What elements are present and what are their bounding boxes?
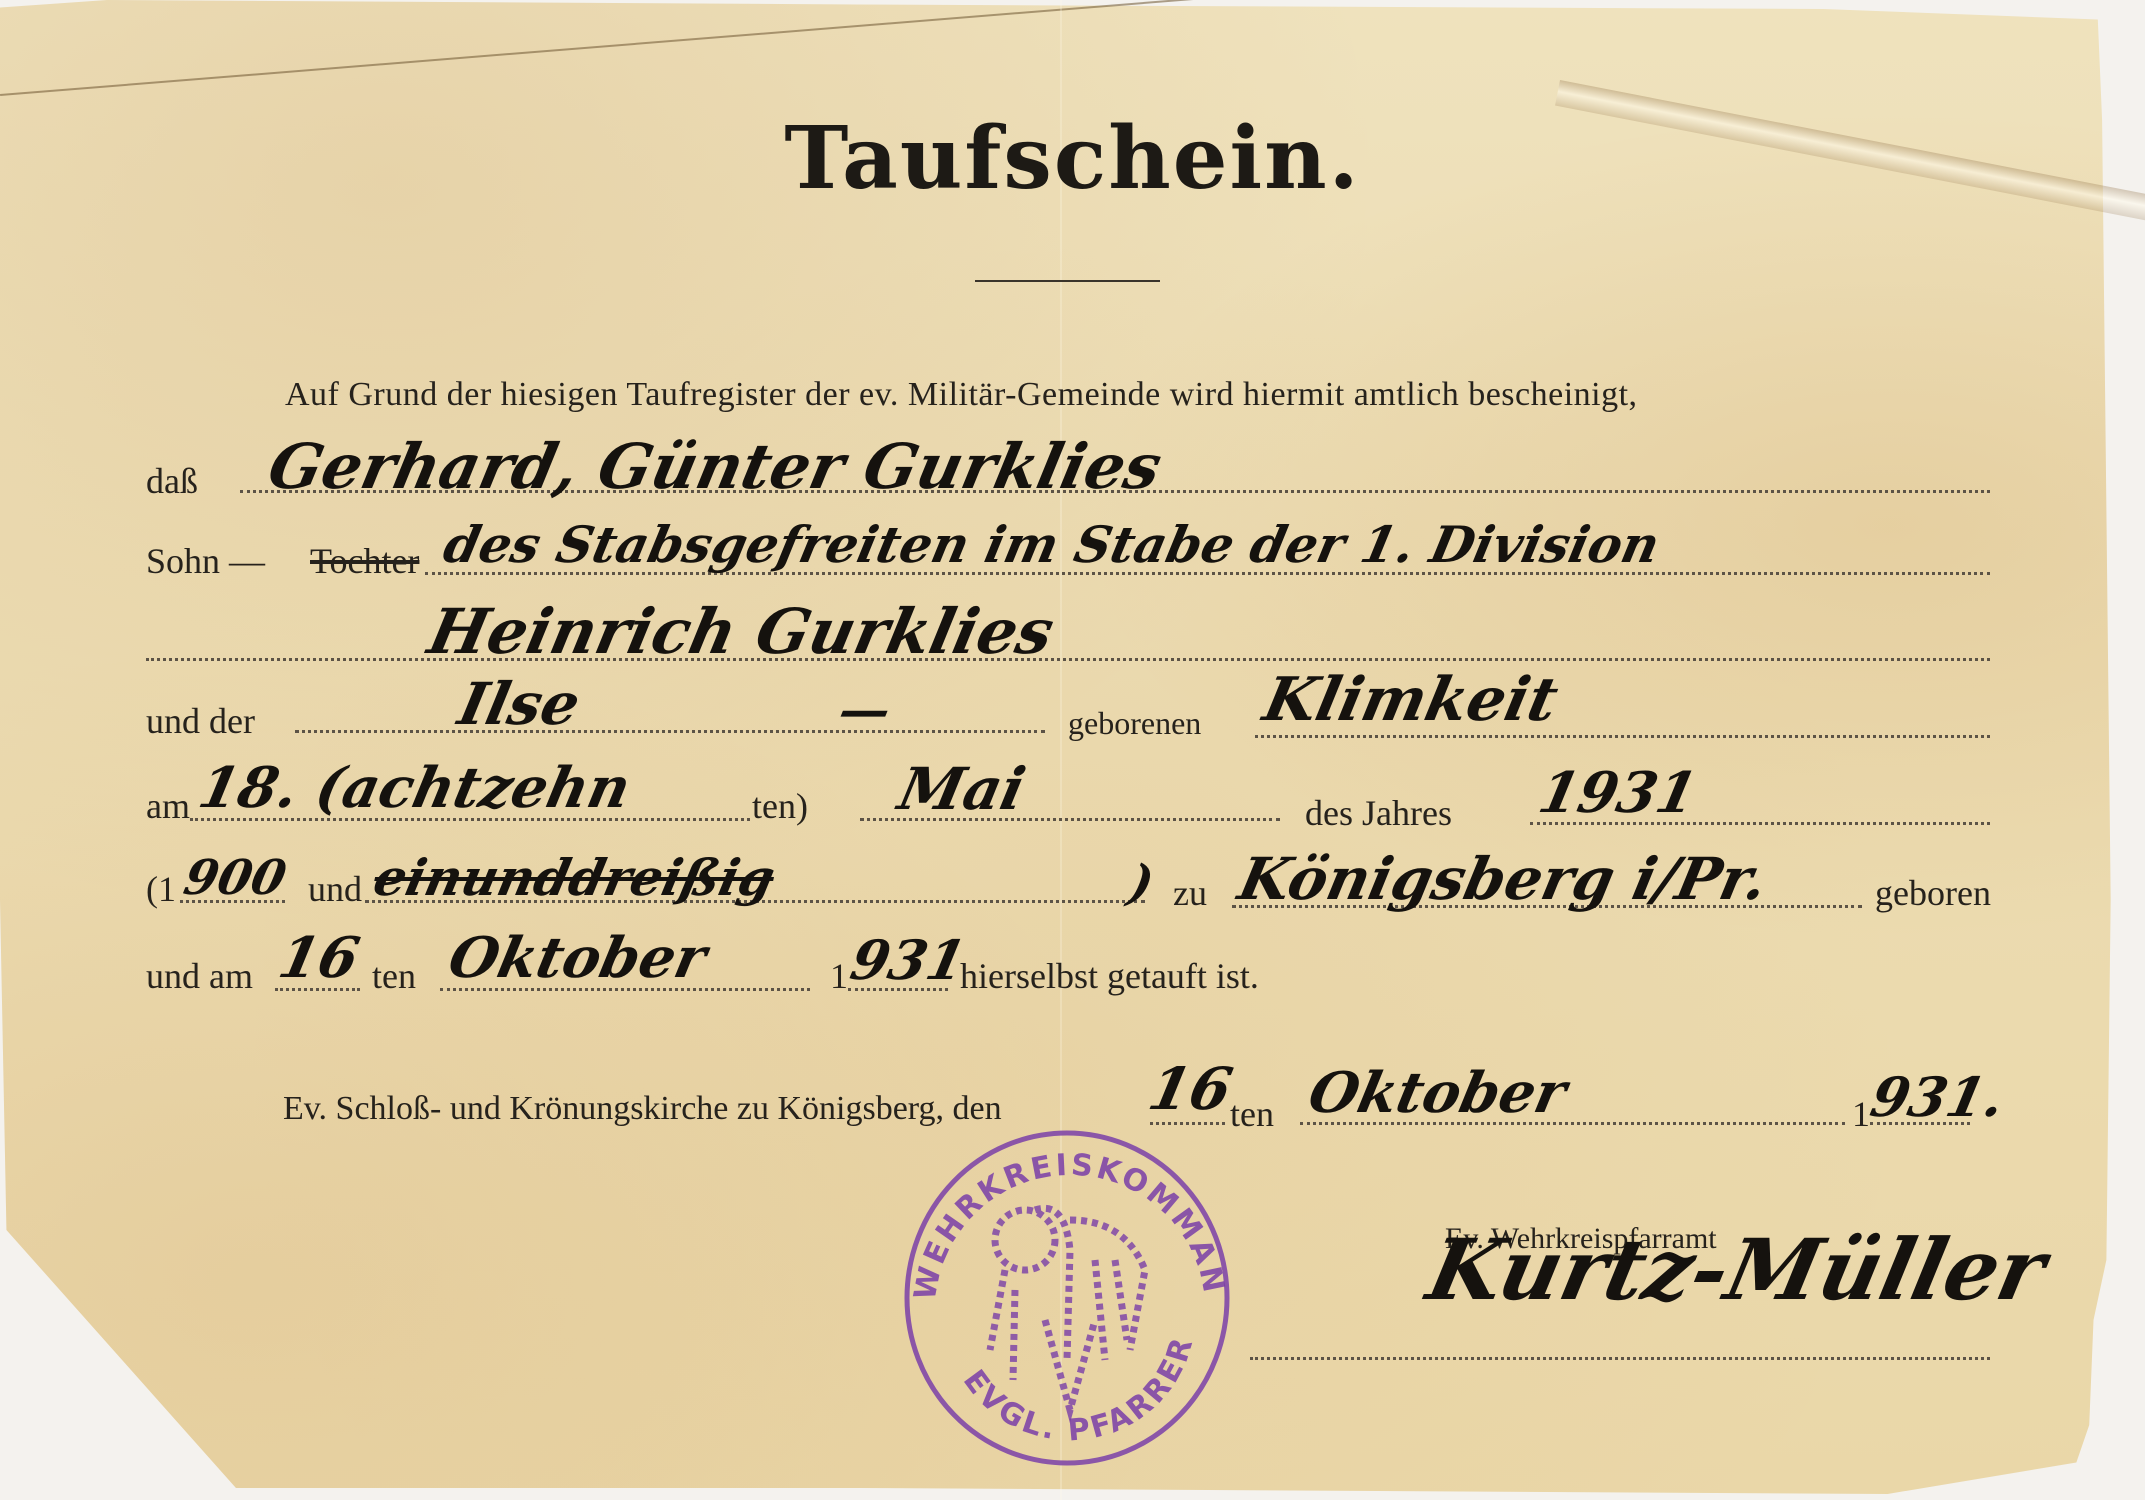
father-occupation: des Stabsgefreiten im Stabe der 1. Divis…	[439, 515, 1665, 574]
am-label: am	[146, 785, 190, 827]
birth-month: Mai	[893, 755, 1031, 823]
father-name: Heinrich Gurklies	[422, 595, 1060, 668]
des-jahres-label: des Jahres	[1305, 792, 1452, 834]
century: 900	[179, 850, 291, 906]
dotted-line	[1255, 735, 1990, 738]
birth-year: 1931	[1533, 760, 1703, 826]
dass-label: daß	[146, 460, 198, 502]
document-title: Taufschein.	[0, 108, 2145, 209]
sohn-label: Sohn —	[146, 540, 265, 582]
stamp-text-top: WEHRKREISKOMMANDO I	[895, 1120, 1231, 1303]
church-place-text: Ev. Schloß- und Krönungskirche zu Königs…	[283, 1090, 1002, 1128]
paren-open: (1	[146, 868, 176, 910]
und-der-label: und der	[146, 700, 255, 742]
intro-text: Auf Grund der hiesigen Taufregister der …	[285, 376, 1638, 414]
dotted-line	[146, 658, 1990, 661]
tochter-label-struck: Tochter	[310, 540, 419, 582]
und-am-label: und am	[146, 955, 253, 997]
svg-text:WEHRKREISKOMMANDO I: WEHRKREISKOMMANDO I	[895, 1120, 1231, 1303]
child-name: Gerhard, Günter Gurklies	[262, 430, 1168, 503]
baptism-year: 931	[845, 928, 971, 992]
birth-day: 18. (achtzehn	[193, 755, 636, 821]
getauft-label: hierselbst getauft ist.	[960, 955, 1259, 997]
mother-first-name: Ilse	[453, 670, 586, 738]
zu-label: zu	[1173, 872, 1207, 914]
signature-line	[1250, 1357, 1990, 1360]
issue-day: 16	[1143, 1055, 1238, 1123]
official-stamp: WEHRKREISKOMMANDO I EVGL. PFARRER	[895, 1120, 1240, 1470]
year-in-words-struck: einunddreißig	[369, 848, 780, 907]
baptism-month: Oktober	[443, 925, 712, 991]
mother-maiden-name: Klimkeit	[1258, 665, 1564, 735]
issue-month: Oktober	[1303, 1060, 1572, 1126]
baptism-day: 16	[273, 925, 365, 991]
geborenen-label: geborenen	[1068, 705, 1201, 742]
title-divider	[975, 280, 1160, 282]
dotted-line	[295, 730, 1045, 733]
signature: Kurtz-Müller	[1419, 1220, 2053, 1319]
eagle-emblem-icon	[990, 1208, 1145, 1410]
geboren-label: geboren	[1875, 872, 1991, 914]
ten-label-2: ten	[372, 955, 416, 997]
und-label: und	[308, 868, 362, 910]
issue-year: 931.	[1865, 1065, 2010, 1129]
ten-label: ten)	[752, 785, 808, 827]
birth-place: Königsberg i/Pr.	[1233, 845, 1774, 913]
